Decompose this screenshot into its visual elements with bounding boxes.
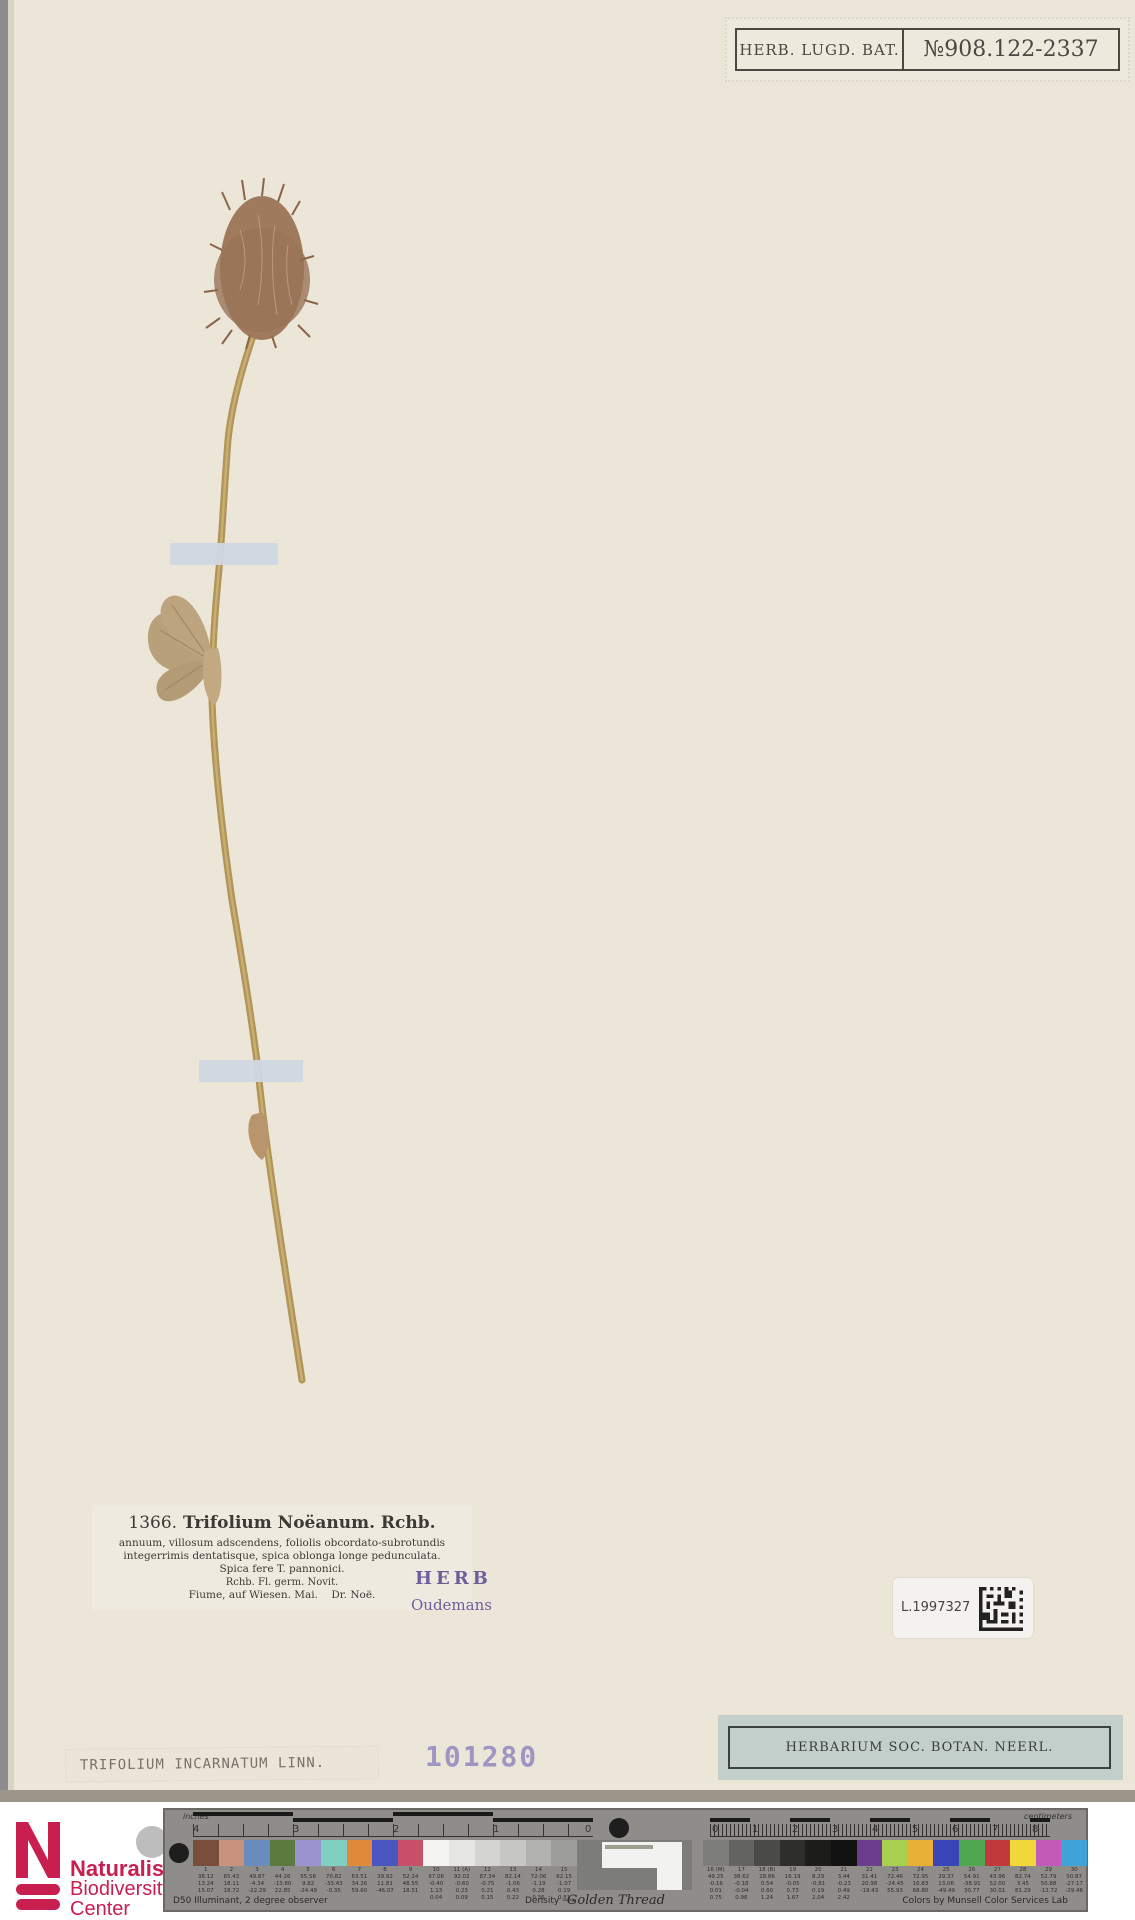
color-swatches-right <box>703 1840 1087 1866</box>
datamatrix-icon <box>979 1587 1023 1631</box>
color-patch-13 <box>500 1840 526 1866</box>
color-patch-15 <box>551 1840 577 1866</box>
color-patch-8 <box>372 1840 398 1866</box>
herbarium-sheet: HERB. LUGD. BAT. №908.122-2337 <box>0 0 1135 1800</box>
species-title: 1366. Trifolium Noëanum. Rchb. <box>102 1513 462 1533</box>
taxon-author: Rchb. <box>381 1513 436 1533</box>
registration-dot <box>609 1818 629 1838</box>
ruler-bar <box>193 1812 293 1816</box>
oudemans-stamp: Oudemans <box>411 1596 492 1614</box>
color-swatches-left <box>193 1840 577 1866</box>
patch-values: 21 3.44 -0.23 0.49 2.42 <box>831 1867 857 1902</box>
patch-values: 17 38.62 -0.18 -0.04 0.98 <box>729 1867 755 1902</box>
color-patch-18b <box>754 1840 780 1866</box>
color-patch-27 <box>985 1840 1011 1866</box>
patch-values: 16 (M) 49.25 -0.16 0.01 0.75 <box>703 1867 729 1902</box>
plant-specimen <box>0 0 1135 1420</box>
species-label: 1366. Trifolium Noëanum. Rchb. annuum, v… <box>92 1505 472 1610</box>
locality-collector: Fiume, auf Wiesen. Mai. Dr. Noë. <box>102 1589 462 1602</box>
color-patch-21 <box>831 1840 857 1866</box>
reference: Rchb. Fl. germ. Novit. <box>102 1576 462 1589</box>
patch-values: 7 63.51 34.26 59.60 <box>347 1867 373 1902</box>
ruler-bar <box>710 1818 1050 1822</box>
sheet-bottom-edge <box>0 1790 1135 1802</box>
barcode-label: L.1997327 <box>893 1578 1033 1638</box>
patch-values: 19 16.19 -0.05 0.73 1.67 <box>780 1867 806 1902</box>
color-patch-10 <box>423 1840 449 1866</box>
barcode-text: L.1997327 <box>901 1600 970 1615</box>
color-patch-29 <box>1036 1840 1062 1866</box>
ruler-bar <box>393 1812 493 1816</box>
flower-head <box>204 178 318 349</box>
footer: Naturalis Biodiversity Center inches cen… <box>0 1802 1135 1920</box>
color-patch-16m <box>703 1840 729 1866</box>
species-number: 1366. <box>128 1513 177 1533</box>
color-patch-28 <box>1010 1840 1036 1866</box>
ruler-bar <box>493 1818 593 1822</box>
accession-stamp: 101280 <box>425 1740 538 1773</box>
ruler-bar <box>293 1818 393 1822</box>
determination-label: TRIFOLIUM INCARNATUM LINN. <box>66 1746 378 1781</box>
color-patch-4 <box>270 1840 296 1866</box>
description-line: annuum, villosum adscendens, foliolis ob… <box>102 1537 462 1550</box>
patch-values: 9 52.24 48.55 18.51 <box>398 1867 424 1902</box>
patch-values: 18 (B) 28.86 0.54 0.60 1.24 <box>754 1867 780 1902</box>
patch-values: 8 39.92 11.81 -46.07 <box>372 1867 398 1902</box>
taxon-name: Trifolium Noëanum. <box>183 1513 375 1533</box>
patch-values: 20 8.29 -0.81 0.19 2.04 <box>805 1867 831 1902</box>
cm-ruler <box>710 1824 1050 1837</box>
herb-stamp: HERB <box>415 1568 492 1589</box>
color-patch-17 <box>729 1840 755 1866</box>
patch-values: 12 87.34 -0.75 0.21 0.15 <box>475 1867 501 1902</box>
logo-line3: Center <box>70 1898 130 1920</box>
color-patch-9 <box>398 1840 424 1866</box>
color-patch-1 <box>193 1840 219 1866</box>
color-patch-12 <box>475 1840 501 1866</box>
color-patch-11a <box>449 1840 475 1866</box>
color-patch-25 <box>933 1840 959 1866</box>
patch-values: 22 31.41 20.98 -19.43 <box>857 1867 883 1902</box>
description-line: integerrimis dentatisque, spica oblonga … <box>102 1550 462 1563</box>
patch-values: 11 (A) 92.02 -0.60 0.23 0.09 <box>449 1867 475 1902</box>
collector: Dr. Noë. <box>331 1589 375 1601</box>
society-label: HERBARIUM SOC. BOTAN. NEERL. <box>718 1715 1123 1780</box>
society-label-text: HERBARIUM SOC. BOTAN. NEERL. <box>728 1726 1111 1769</box>
illuminant-note: D50 Illuminant, 2 degree observer <box>173 1896 328 1906</box>
color-patch-22 <box>857 1840 883 1866</box>
naturalis-n-icon <box>12 1814 72 1914</box>
color-patch-26 <box>959 1840 985 1866</box>
color-patch-3 <box>244 1840 270 1866</box>
color-patch-23 <box>882 1840 908 1866</box>
description-line: Spica fere T. pannonici. <box>102 1563 462 1576</box>
color-patch-5 <box>295 1840 321 1866</box>
locality: Fiume, auf Wiesen. Mai. <box>189 1589 318 1601</box>
golden-thread-brand: Golden Thread <box>567 1893 665 1908</box>
color-patch-20 <box>805 1840 831 1866</box>
sharpness-target <box>577 1840 692 1890</box>
patch-values: 13 82.14 -1.06 0.43 0.22 <box>500 1867 526 1902</box>
munsell-credit: Colors by Munsell Color Services Lab <box>902 1896 1068 1906</box>
color-patch-14 <box>526 1840 552 1866</box>
registration-dot <box>169 1843 189 1863</box>
color-patch-19 <box>780 1840 806 1866</box>
color-patch-24 <box>908 1840 934 1866</box>
color-patch-30 <box>1061 1840 1087 1866</box>
color-patch-7 <box>347 1840 373 1866</box>
patch-values: 10 97.06 -0.40 1.13 0.04 <box>423 1867 449 1902</box>
naturalis-logo: Naturalis Biodiversity Center <box>12 1814 162 1914</box>
color-calibration-target: inches centimeters 4 3 2 1 0 0 1 2 3 4 5… <box>163 1808 1088 1912</box>
color-patch-6 <box>321 1840 347 1866</box>
trifoliate-leaf <box>148 596 212 702</box>
color-patch-2 <box>219 1840 245 1866</box>
